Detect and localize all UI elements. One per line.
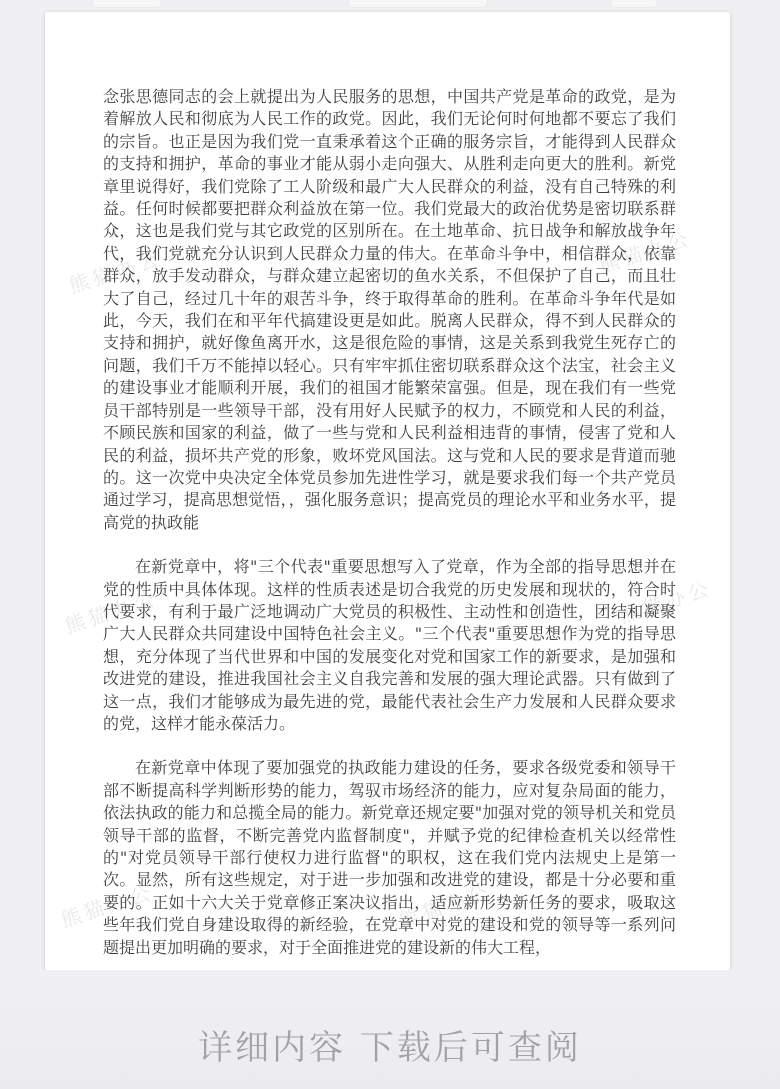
cutoff-tab-shape	[610, 0, 658, 8]
document-body: 念张思德同志的会上就提出为人民服务的思想，中国共产党是革命的政党，是为着解放人民…	[103, 86, 676, 959]
cutoff-tab-shape	[92, 0, 162, 8]
cutoff-ui-remnant	[0, 0, 780, 10]
paragraph: 在新党章中，将"三个代表"重要思想写入了党章，作为全部的指导思想并在党的性质中具…	[103, 556, 676, 735]
download-notice-bar: 详细内容 下载后可查阅	[0, 970, 780, 1089]
cutoff-tab-shape	[348, 0, 488, 8]
paragraph: 念张思德同志的会上就提出为人民服务的思想，中国共产党是革命的政党，是为着解放人民…	[103, 86, 676, 534]
document-preview-screen: { "page": { "background_color": "#f0f0f2…	[0, 0, 780, 1089]
document-page: 熊猫办公 熊猫办公 熊猫办公 熊猫办公 熊猫办公 熊猫办公 念张思德同志的会上就…	[45, 12, 730, 970]
paragraph: 在新党章中体现了要加强党的执政能力建设的任务，要求各级党委和领导干部不断提高科学…	[103, 757, 676, 959]
download-notice-text: 详细内容 下载后可查阅	[198, 1020, 582, 1069]
